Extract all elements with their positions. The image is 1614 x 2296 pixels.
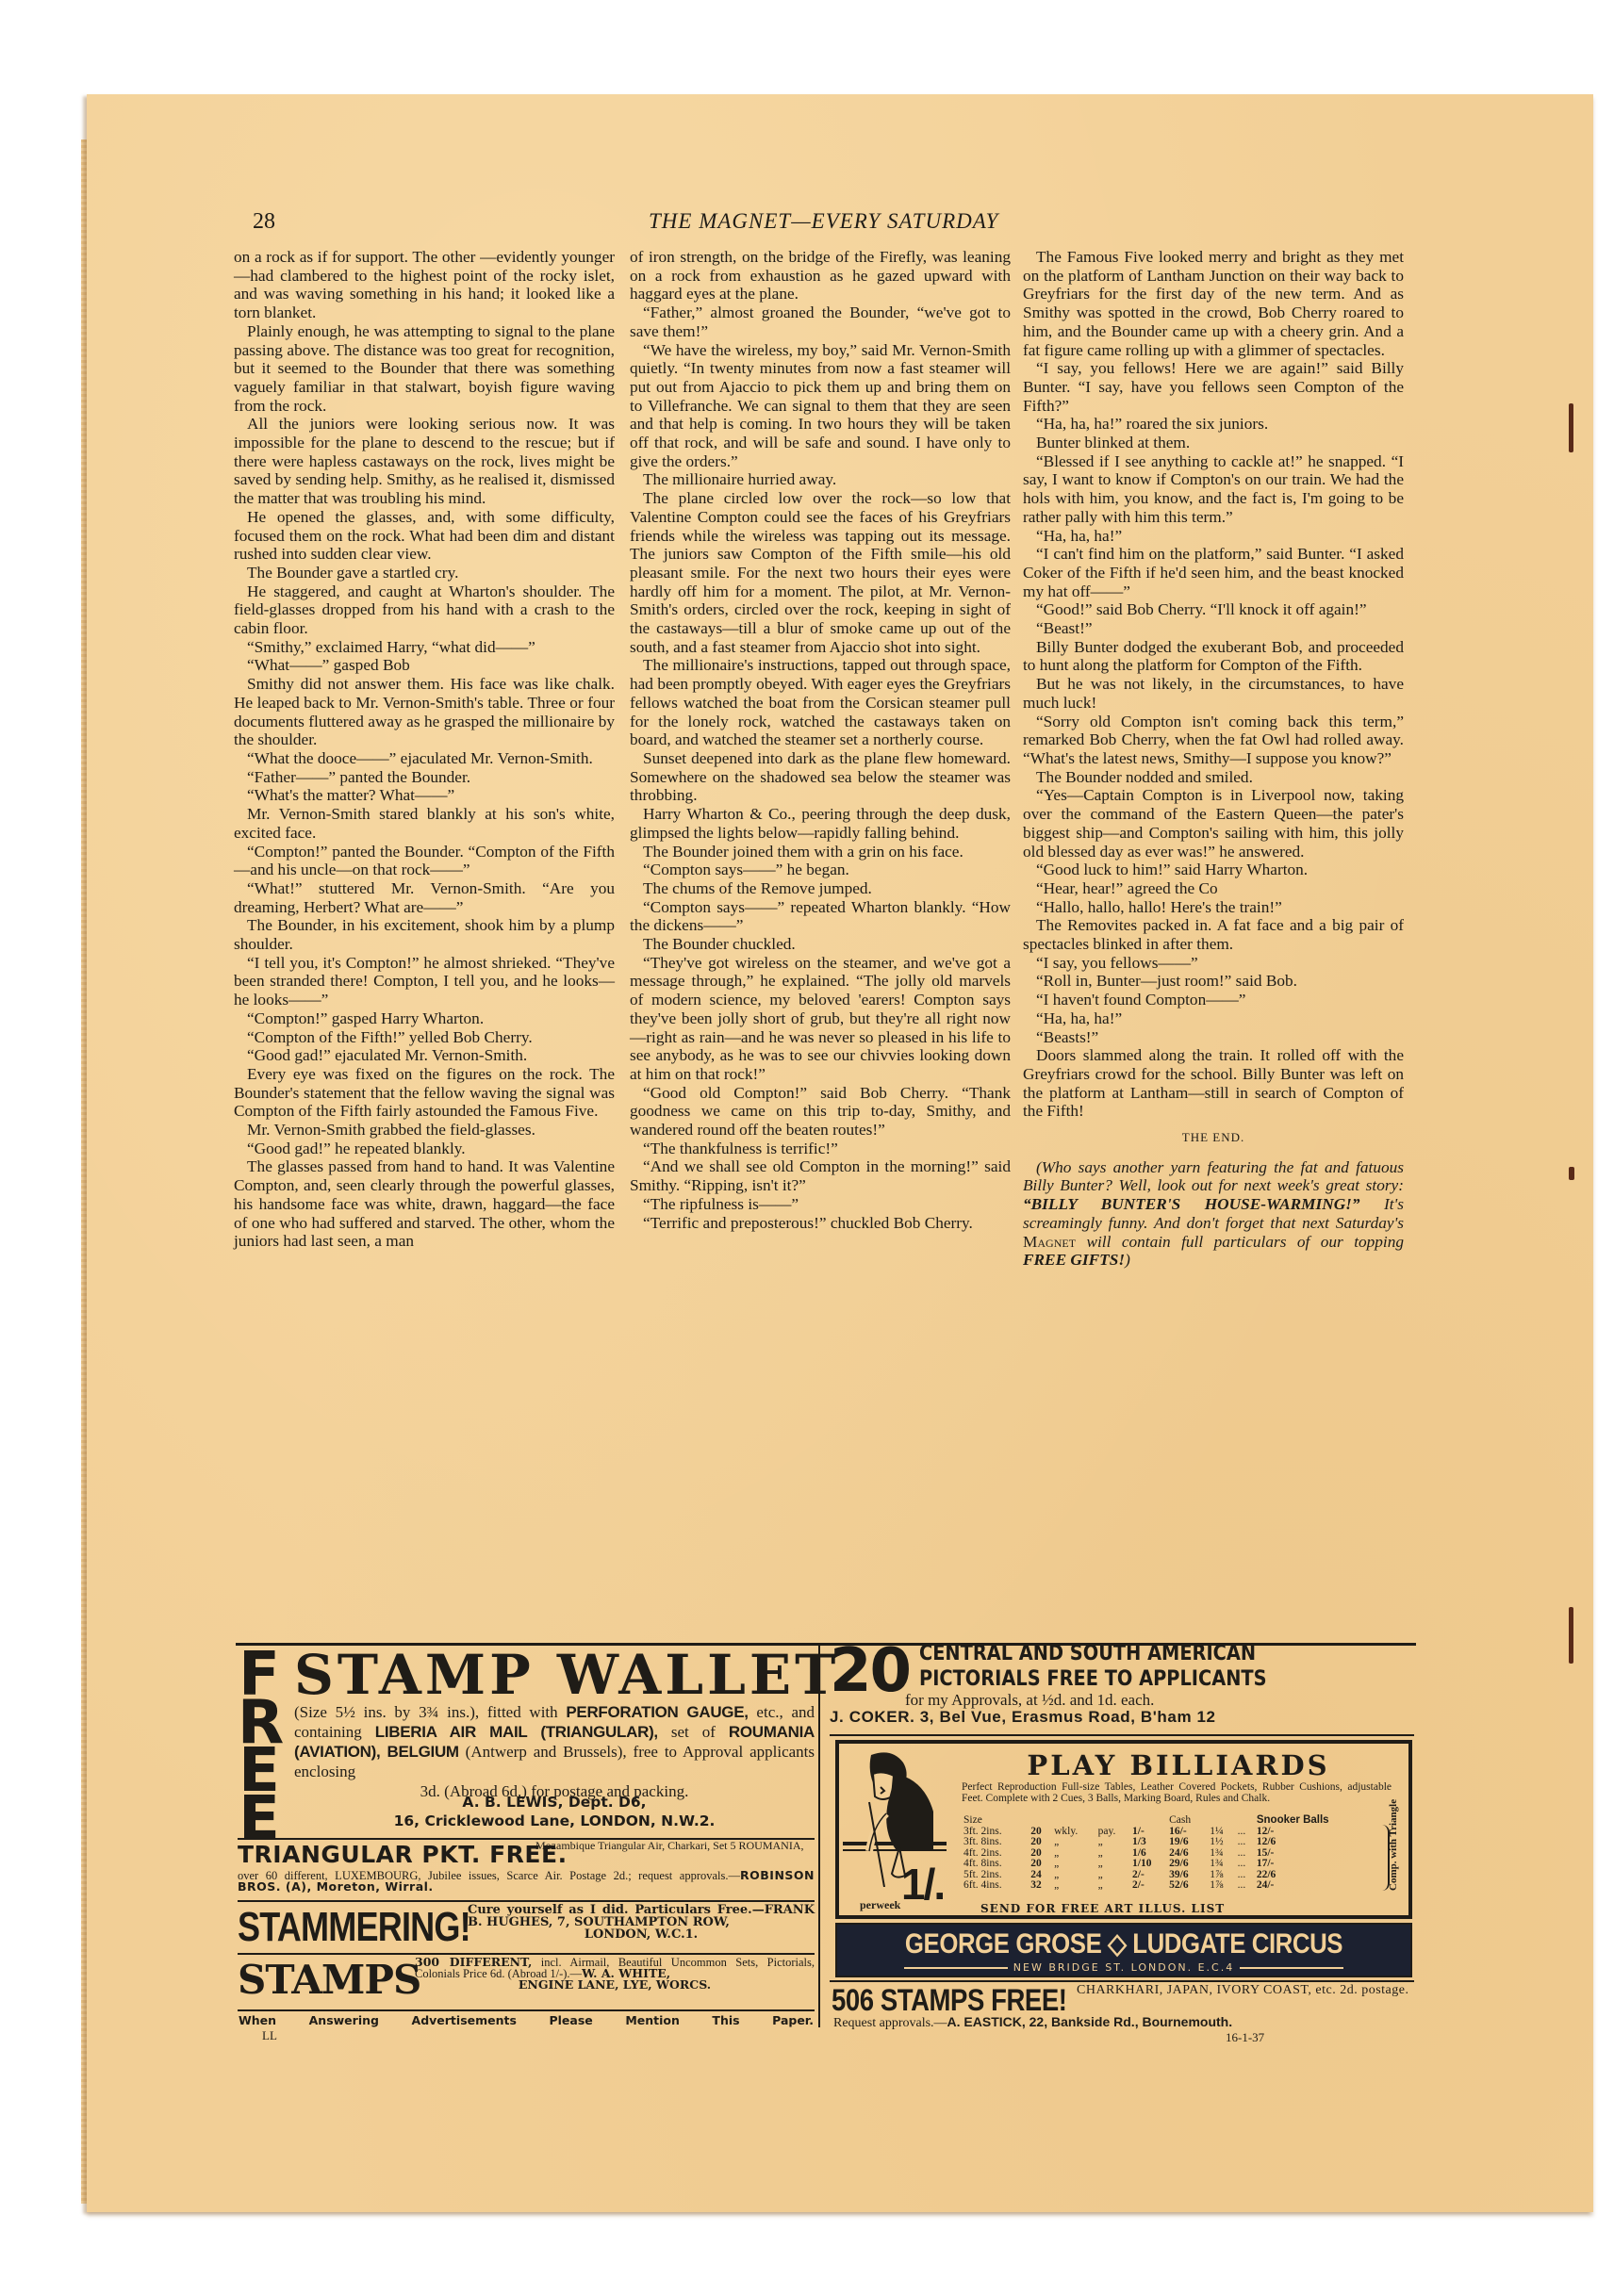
rule [238, 1900, 815, 1902]
triangular-headline: TRIANGULAR PKT. FREE. [238, 1841, 568, 1868]
story-paragraph: “Father,” almost groaned the Bounder, “w… [630, 303, 1011, 340]
story-paragraph: “Smithy,” exclaimed Harry, “what did——” [234, 638, 615, 657]
triangular-side-text: Mozambique Triangular Air, Charkari, Set… [535, 1840, 815, 1852]
notice-word: Answering [309, 2013, 379, 2027]
george-grose-banner: GEORGE GROSE ◇ LUDGATE CIRCUS NEW BRIDGE… [835, 1923, 1412, 1977]
story-paragraph: “I say, you fellows! Here we are again!”… [1023, 359, 1404, 415]
stamps-506-request: Request approvals.—A. EASTICK, 22, Banks… [833, 2014, 1416, 2031]
notice-word: Paper. [772, 2013, 814, 2027]
story-paragraph: “Terrific and preposterous!” chuckled Bo… [630, 1214, 1011, 1233]
rule [238, 2009, 815, 2011]
story-paragraph: on a rock as if for support. The other —… [234, 248, 615, 322]
billiards-description: Perfect Reproduction Full-size Tables, L… [962, 1782, 1392, 1804]
story-paragraph: “What!” stuttered Mr. Vernon-Smith. “Are… [234, 879, 615, 916]
billiards-column-header [1052, 1815, 1096, 1827]
story-paragraph: “Compton!” panted the Bounder. “Compton … [234, 843, 615, 879]
billiards-send-list: SEND FOR FREE ART ILLUS. LIST [980, 1902, 1225, 1915]
story-paragraph: “Compton says——” repeated Wharton blankl… [630, 898, 1011, 935]
staple-mark [1569, 1607, 1573, 1664]
notice-word: This [712, 2013, 739, 2027]
story-paragraph: The plane circled low over the rock—so l… [630, 489, 1011, 656]
story-paragraph: The Famous Five looked merry and bright … [1023, 248, 1404, 359]
story-paragraph: “Good luck to him!” said Harry Wharton. [1023, 861, 1404, 879]
story-paragraph: The Bounder nodded and smiled. [1023, 768, 1404, 787]
billiards-column-header [1096, 1815, 1130, 1827]
story-paragraph: The Bounder, in his excitement, shook hi… [234, 916, 615, 953]
printer-mark: LL [262, 2028, 277, 2043]
billiards-column-header [1208, 1815, 1235, 1827]
story-paragraph: “Beasts!” [1023, 1028, 1404, 1047]
billiards-ad: 1/. perweek PLAY BILLIARDS Perfect Repro… [835, 1740, 1412, 1919]
billiards-column-header: Size [962, 1815, 1029, 1827]
story-paragraph: “They've got wireless on the steamer, an… [630, 954, 1011, 1084]
staple-mark [1569, 1167, 1574, 1180]
billiards-bracket-note: Comp. with Triangle [1388, 1834, 1399, 1891]
free-vertical-word: F R E E [238, 1651, 281, 1844]
story-paragraph: The millionaire's instructions, tapped o… [630, 656, 1011, 749]
story-paragraph: “Compton of the Fifth!” yelled Bob Cherr… [234, 1028, 615, 1047]
rule [830, 1734, 1414, 1736]
story-paragraph: But he was not likely, in the circumstan… [1023, 675, 1404, 712]
story-paragraph: He staggered, and caught at Wharton's sh… [234, 582, 615, 638]
george-grose-address: NEW BRIDGE ST. LONDON. E.C.4 [837, 1961, 1410, 1974]
pictorials-number: 20 [830, 1640, 910, 1702]
billiards-price-table: SizeCashSnooker Balls3ft. 2ins.20wkly.pa… [962, 1815, 1376, 1892]
pictorials-headline: CENTRAL AND SOUTH AMERICAN PICTORIALS FR… [919, 1641, 1359, 1692]
story-paragraph: Bunter blinked at them. [1023, 434, 1404, 452]
pictorials-address: J. COKER. 3, Bel Vue, Erasmus Road, B'ha… [830, 1708, 1419, 1727]
issue-date: 16-1-37 [1226, 2030, 1264, 2045]
story-paragraph: “Compton says——” he began. [630, 861, 1011, 879]
billiards-table-row: 3ft. 8ins.20„„1/319/61½...12/6 [962, 1837, 1376, 1848]
story-paragraph: The Bounder gave a startled cry. [234, 564, 615, 582]
story-paragraph: “Ha, ha, ha!” [1023, 1009, 1404, 1028]
staple-mark [1569, 403, 1573, 452]
stamp-wallet-address: A. B. LEWIS, Dept. D6, 16, Cricklewood L… [294, 1793, 815, 1830]
story-paragraph: “Sorry old Compton isn't coming back thi… [1023, 713, 1404, 768]
story-paragraph: “Good gad!” ejaculated Mr. Vernon-Smith. [234, 1046, 615, 1065]
stamps-506-headline: 506 STAMPS FREE! [832, 1983, 1067, 2018]
story-paragraph: Billy Bunter dodged the exuberant Bob, a… [1023, 638, 1404, 675]
billiards-column-header: Snooker Balls [1255, 1815, 1376, 1827]
story-paragraph: “The thankfulness is terrific!” [630, 1140, 1011, 1158]
story-paragraph: Smithy did not answer them. His face was… [234, 675, 615, 749]
stammering-body: Cure yourself as I did. Particulars Free… [468, 1904, 815, 1941]
editor-note: (Who says another yarn featuring the fat… [1023, 1158, 1404, 1270]
advertisement-notice: WhenAnsweringAdvertisementsPleaseMention… [239, 2013, 814, 2027]
billiards-per-week: perweek [860, 1898, 900, 1912]
pictorials-subline: for my Approvals, at ½d. and 1d. each. [905, 1691, 1154, 1710]
story-paragraph: Mr. Vernon-Smith stared blankly at his s… [234, 805, 615, 842]
stammering-headline: STAMMERING! [238, 1904, 470, 1951]
billiards-column-header: Cash [1167, 1815, 1208, 1827]
billiards-column-header [1130, 1815, 1167, 1827]
story-paragraph: Every eye was fixed on the figures on th… [234, 1065, 615, 1121]
billiards-weekly-price: 1/. [901, 1859, 944, 1910]
story-paragraph: The Bounder chuckled. [630, 935, 1011, 954]
story-paragraph: “Father——” panted the Bounder. [234, 768, 615, 787]
story-paragraph: “Hear, hear!” agreed the Co [1023, 879, 1404, 898]
story-paragraph: “Blessed if I see anything to cackle at!… [1023, 452, 1404, 527]
magazine-name: Magnet [1023, 1233, 1076, 1251]
story-paragraph: Plainly enough, he was attempting to sig… [234, 322, 615, 416]
story-paragraph: “Good!” said Bob Cherry. “I'll knock it … [1023, 600, 1404, 619]
story-paragraph: Sunset deepened into dark as the plane f… [630, 749, 1011, 805]
story-paragraph: “Good gad!” he repeated blankly. [234, 1140, 615, 1158]
story-paragraph: “Compton!” gasped Harry Wharton. [234, 1009, 615, 1028]
story-paragraph: “The ripfulness is——” [630, 1195, 1011, 1214]
story-paragraph: All the juniors were looking serious now… [234, 415, 615, 508]
story-column-3: The Famous Five looked merry and bright … [1023, 248, 1404, 1270]
story-paragraph: The chums of the Remove jumped. [630, 879, 1011, 898]
story-paragraph: The Removites packed in. A fat face and … [1023, 916, 1404, 953]
story-paragraph: “What's the matter? What——” [234, 786, 615, 805]
story-paragraph: The glasses passed from hand to hand. It… [234, 1157, 615, 1251]
story-paragraph: “Good old Compton!” said Bob Cherry. “Th… [630, 1084, 1011, 1140]
story-paragraph: “I can't find him on the platform,” said… [1023, 545, 1404, 600]
stamp-wallet-headline: STAMP WALLET [294, 1645, 815, 1705]
story-paragraph: “I say, you fellows——” [1023, 954, 1404, 973]
story-paragraph: “Ha, ha, ha!” roared the six juniors. [1023, 415, 1404, 434]
the-end-label: THE END. [1023, 1128, 1404, 1147]
story-paragraph: “What the dooce——” ejaculated Mr. Vernon… [234, 749, 615, 768]
george-grose-name: GEORGE GROSE ◇ LUDGATE CIRCUS [878, 1927, 1371, 1960]
story-paragraph: “And we shall see old Compton in the mor… [630, 1157, 1011, 1194]
story-paragraph: “Roll in, Bunter—just room!” said Bob. [1023, 972, 1404, 991]
running-head-title: THE MAGNET—EVERY SATURDAY [649, 209, 998, 234]
story-paragraph: The millionaire hurried away. [630, 470, 1011, 489]
notice-word: Advertisements [412, 2013, 517, 2027]
story-paragraph: “Beast!” [1023, 619, 1404, 638]
rule [830, 1980, 1414, 1982]
billiards-table-row: 4ft. 8ins.20„„1/1029/61¾...17/- [962, 1859, 1376, 1870]
notice-word: Mention [625, 2013, 680, 2027]
stamps-506-side-text: CHARKHARI, JAPAN, IVORY COAST, etc. 2d. … [1077, 1983, 1416, 1997]
running-header: 28 THE MAGNET—EVERY SATURDAY [234, 209, 1400, 238]
story-column-1: on a rock as if for support. The other —… [234, 248, 615, 1251]
billiards-column-header [1029, 1815, 1052, 1827]
story-paragraph: Mr. Vernon-Smith grabbed the field-glass… [234, 1121, 615, 1140]
story-paragraph: Harry Wharton & Co., peering through the… [630, 805, 1011, 842]
story-paragraph: “Ha, ha, ha!” [1023, 527, 1404, 546]
stamps-body: 300 DIFFERENT, incl. Airmail, Beautiful … [415, 1957, 815, 1991]
free-gifts: FREE GIFTS! [1023, 1251, 1125, 1269]
notice-word: When [239, 2013, 276, 2027]
billiards-column-header [1236, 1815, 1255, 1827]
billiards-table-row: 6ft. 4ins.32„„2/-52/61⅞...24/- [962, 1880, 1376, 1892]
triangular-body: over 60 different, LUXEMBOURG, Jubilee i… [238, 1870, 815, 1893]
story-paragraph: “We have the wireless, my boy,” said Mr.… [630, 341, 1011, 471]
story-paragraph: “I tell you, it's Compton!” he almost sh… [234, 954, 615, 1009]
next-story-title: “BILLY BUNTER'S HOUSE-WARMING!” [1023, 1195, 1360, 1213]
story-paragraph: He opened the glasses, and, with some di… [234, 508, 615, 564]
page-number: 28 [253, 209, 275, 235]
story-column-2: of iron strength, on the bridge of the F… [630, 248, 1011, 1232]
story-paragraph: Doors slammed along the train. It rolled… [1023, 1046, 1404, 1121]
notice-word: Please [549, 2013, 592, 2027]
story-paragraph: “Yes—Captain Compton is in Liverpool now… [1023, 786, 1404, 861]
story-paragraph: “Hallo, hallo, hallo! Here's the train!” [1023, 898, 1404, 917]
stamp-wallet-body: (Size 5½ ins. by 3¾ ins.), fitted with P… [294, 1702, 815, 1801]
story-paragraph: “What——” gasped Bob [234, 656, 615, 675]
billiards-headline: PLAY BILLIARDS [962, 1749, 1395, 1781]
story-paragraph: The Bounder joined them with a grin on h… [630, 843, 1011, 861]
story-paragraph: “I haven't found Compton——” [1023, 991, 1404, 1009]
story-paragraph: of iron strength, on the bridge of the F… [630, 248, 1011, 303]
stamps-headline: STAMPS [238, 1957, 420, 2003]
